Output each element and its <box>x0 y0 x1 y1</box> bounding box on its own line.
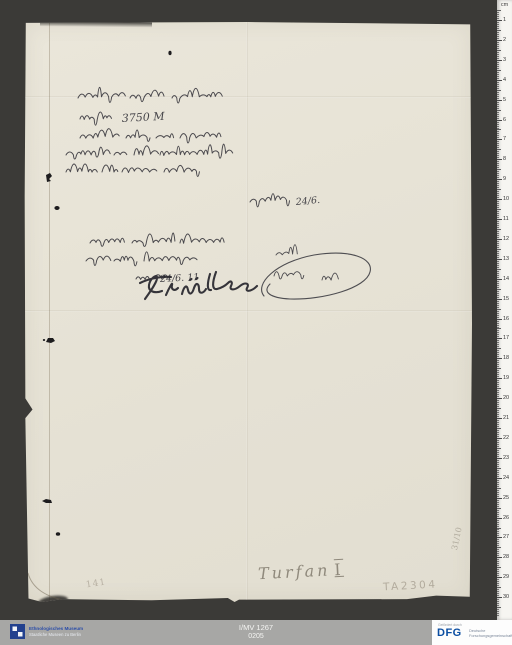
ruler-tick <box>497 90 501 91</box>
document-page: 3750 M 24/6. 24/6. 11 141 TurfanI TA2 <box>24 22 472 602</box>
ruler-tick <box>497 362 499 363</box>
ink-blot <box>42 499 52 503</box>
ruler-tick <box>497 36 499 37</box>
ruler-tick <box>497 315 499 316</box>
ruler-tick <box>497 549 499 550</box>
ruler-tick <box>497 506 499 507</box>
ruler-number: 10 <box>503 196 512 202</box>
ruler-tick <box>497 557 502 558</box>
ruler-number: 17 <box>503 335 512 341</box>
ruler-tick <box>497 213 499 214</box>
ink-blot <box>54 206 59 210</box>
ruler-tick <box>497 38 499 39</box>
ruler-tick <box>497 215 499 216</box>
ruler-tick <box>497 153 499 154</box>
ruler-number: 28 <box>503 554 512 560</box>
ruler-tick <box>497 126 499 127</box>
ruler-tick <box>497 388 501 389</box>
ruler-tick <box>497 494 499 495</box>
ruler-tick <box>497 478 502 479</box>
ruler-tick <box>497 424 499 425</box>
ruler-unit-label: cm <box>497 2 512 8</box>
ruler-number: 15 <box>503 296 512 302</box>
ruler-tick <box>497 583 499 584</box>
ruler-number: 20 <box>503 395 512 401</box>
ruler-tick <box>497 275 499 276</box>
ruler-tick <box>497 597 502 598</box>
ruler-tick <box>497 217 499 218</box>
handwritten-word <box>66 147 110 159</box>
ruler-tick <box>497 98 499 99</box>
ruler-tick <box>497 344 499 345</box>
scan-viewport: 3750 M 24/6. 24/6. 11 141 TurfanI TA2 <box>0 0 512 645</box>
ruler-tick <box>497 62 499 63</box>
ruler-tick <box>497 496 499 497</box>
ruler-tick <box>497 241 499 242</box>
handwritten-date-2: 24/6. 11 <box>159 272 200 285</box>
ruler-tick <box>497 313 499 314</box>
ruler-tick <box>497 488 501 489</box>
ruler-tick <box>497 547 501 548</box>
handwritten-word <box>80 112 112 125</box>
handwritten-word <box>90 238 124 246</box>
ruler-tick <box>497 253 499 254</box>
ruler-tick <box>497 106 499 107</box>
handwritten-amount: 3750 M <box>121 110 165 125</box>
ruler-tick <box>497 466 499 467</box>
ruler-tick <box>497 615 499 616</box>
ruler-tick <box>497 587 501 588</box>
ruler-tick <box>497 269 501 270</box>
ruler-tick <box>497 446 499 447</box>
ruler-tick <box>497 205 499 206</box>
ruler-number: 5 <box>503 97 512 103</box>
ruler-tick <box>497 336 499 337</box>
ruler-tick <box>497 605 499 606</box>
ruler-tick <box>497 502 499 503</box>
handwritten-date-1: 24/6. <box>294 195 320 208</box>
ruler-tick <box>497 267 499 268</box>
ruler-tick <box>497 603 499 604</box>
ruler-tick <box>497 183 499 184</box>
handwritten-word <box>134 146 159 155</box>
ruler-tick <box>497 414 499 415</box>
handwritten-word <box>164 165 199 176</box>
ruler-tick <box>497 128 499 129</box>
ruler-tick <box>497 398 502 399</box>
ruler-tick <box>497 34 499 35</box>
ruler-tick <box>497 233 499 234</box>
ruler-tick <box>497 601 499 602</box>
handwritten-word <box>132 233 175 246</box>
ruler-number: 29 <box>503 574 512 580</box>
ruler-tick <box>497 10 501 11</box>
ruler-tick <box>497 589 499 590</box>
ruler-tick <box>497 261 499 262</box>
ruler-tick <box>497 370 499 371</box>
ruler-tick <box>497 40 502 41</box>
ruler-tick <box>497 223 499 224</box>
handwritten-word <box>78 87 125 102</box>
ruler-tick <box>497 64 499 65</box>
ruler-number: 1 <box>503 17 512 23</box>
ruler-tick <box>497 151 499 152</box>
ruler-tick <box>497 189 501 190</box>
ruler-tick <box>497 528 501 529</box>
ruler-tick <box>497 462 499 463</box>
ruler-tick <box>497 211 499 212</box>
ruler-number: 30 <box>503 594 512 600</box>
ruler-tick <box>497 553 499 554</box>
ruler-tick <box>497 28 499 29</box>
ruler-tick <box>497 88 499 89</box>
ruler-number: 13 <box>503 256 512 262</box>
ruler-tick <box>497 420 499 421</box>
ruler-tick <box>497 225 499 226</box>
ruler-tick <box>497 334 499 335</box>
handwritten-word <box>130 90 164 101</box>
ruler-tick <box>497 161 499 162</box>
ruler-tick <box>497 380 499 381</box>
ruler-tick <box>497 207 499 208</box>
ruler-tick <box>497 20 502 21</box>
ruler-tick <box>497 400 499 401</box>
ruler-tick <box>497 332 499 333</box>
ruler-number: 2 <box>503 37 512 43</box>
handwritten-word <box>114 152 127 155</box>
ruler-tick <box>497 559 499 560</box>
ruler-tick <box>497 307 499 308</box>
ruler-tick <box>497 235 499 236</box>
ruler-tick <box>497 169 501 170</box>
ruler-tick <box>497 237 499 238</box>
ruler-tick <box>497 175 499 176</box>
handwritten-word <box>156 134 174 138</box>
ruler-tick <box>497 157 499 158</box>
ruler-tick <box>497 197 499 198</box>
ruler-tick <box>497 251 499 252</box>
ruler-tick <box>497 348 501 349</box>
ruler-tick <box>497 171 499 172</box>
ruler-tick <box>497 384 499 385</box>
ruler-tick <box>497 577 502 578</box>
ruler-tick <box>497 199 502 200</box>
ruler-tick <box>497 12 499 13</box>
ruler-tick <box>497 163 499 164</box>
ruler-tick <box>497 18 499 19</box>
dfg-org-name: Deutsche Forschungsgemeinschaft <box>469 629 512 638</box>
pencil-title-numeral: I <box>334 560 344 579</box>
ruler-number: 18 <box>503 355 512 361</box>
ruler-tick <box>497 255 499 256</box>
ruler-tick <box>497 360 499 361</box>
ruler-tick <box>497 30 501 31</box>
ruler-tick <box>497 291 499 292</box>
ruler-tick <box>497 147 499 148</box>
ruler-tick <box>497 179 502 180</box>
ruler-tick <box>497 408 501 409</box>
ruler-tick <box>497 50 501 51</box>
handwritten-word <box>66 164 97 172</box>
ruler-tick <box>497 390 499 391</box>
ruler-tick <box>497 141 499 142</box>
ink-blot <box>46 338 55 343</box>
ruler-number: 4 <box>503 77 512 83</box>
ink-blot <box>43 339 45 341</box>
ruler-tick <box>497 287 499 288</box>
ruler-tick <box>497 593 499 594</box>
ruler-tick <box>497 575 499 576</box>
ruler-tick <box>497 22 499 23</box>
ruler-tick <box>497 563 499 564</box>
ruler-tick <box>497 72 499 73</box>
ruler-tick <box>497 173 499 174</box>
ruler-tick <box>497 14 499 15</box>
ruler-tick <box>497 277 499 278</box>
ruler-tick <box>497 374 499 375</box>
ruler-tick <box>497 181 499 182</box>
ruler-tick <box>497 430 499 431</box>
ruler-tick <box>497 76 499 77</box>
ruler-tick <box>497 394 499 395</box>
ruler-tick <box>497 482 499 483</box>
ruler-tick <box>497 165 499 166</box>
page-curl-line <box>28 573 70 601</box>
handwritten-word <box>160 144 233 158</box>
ruler-tick <box>497 418 502 419</box>
ruler-number: 8 <box>503 156 512 162</box>
handwritten-word <box>180 133 221 143</box>
ruler-tick <box>497 567 501 568</box>
ruler-tick <box>497 249 501 250</box>
ruler-tick <box>497 293 499 294</box>
ruler-tick <box>497 122 499 123</box>
ruler-tick <box>497 438 502 439</box>
ruler-tick <box>497 464 499 465</box>
ruler-number: 19 <box>503 375 512 381</box>
ruler-tick <box>497 426 499 427</box>
handwritten-word <box>114 256 137 266</box>
ruler-tick <box>497 32 499 33</box>
ruler-tick <box>497 416 499 417</box>
ruler-tick <box>497 480 499 481</box>
ink-blot <box>46 173 52 182</box>
ruler-tick <box>497 460 499 461</box>
ruler-tick <box>497 133 499 134</box>
ruler-tick <box>497 56 499 57</box>
ruler-tick <box>497 239 502 240</box>
ruler-tick <box>497 444 499 445</box>
ruler-tick <box>497 54 499 55</box>
ruler-tick <box>497 352 499 353</box>
ruler-tick <box>497 510 499 511</box>
ruler: cm 1234567891011121314151617181920212223… <box>497 0 512 620</box>
ruler-tick <box>497 112 499 113</box>
ruler-tick <box>497 259 502 260</box>
ruler-tick <box>497 518 502 519</box>
ruler-tick <box>497 378 502 379</box>
ruler-tick <box>497 245 499 246</box>
ruler-tick <box>497 273 499 274</box>
ruler-tick <box>497 247 499 248</box>
ruler-number: 26 <box>503 515 512 521</box>
ruler-tick <box>497 508 501 509</box>
ruler-number: 16 <box>503 316 512 322</box>
ruler-tick <box>497 52 499 53</box>
ruler-tick <box>497 301 499 302</box>
ruler-tick <box>497 201 499 202</box>
ruler-tick <box>497 303 499 304</box>
ruler-tick <box>497 177 499 178</box>
pencil-title-word: Turfan <box>258 560 331 583</box>
ruler-tick <box>497 229 501 230</box>
ruler-tick <box>497 585 499 586</box>
ruler-tick <box>497 131 499 132</box>
ruler-tick <box>497 100 502 101</box>
ruler-tick <box>497 524 499 525</box>
ruler-tick <box>497 26 499 27</box>
ruler-number: 27 <box>503 534 512 540</box>
ruler-tick <box>497 271 499 272</box>
ruler-tick <box>497 573 499 574</box>
ruler-tick <box>497 539 499 540</box>
ruler-tick <box>497 279 502 280</box>
ruler-tick <box>497 129 501 130</box>
ruler-tick <box>497 599 499 600</box>
ruler-tick <box>497 227 499 228</box>
ruler-number: 11 <box>503 216 512 222</box>
ruler-tick <box>497 118 499 119</box>
ruler-tick <box>497 356 499 357</box>
ruler-tick <box>497 354 499 355</box>
dfg-funding-box: Gefördert durch DFG Deutsche Forschungsg… <box>432 620 512 645</box>
ruler-tick <box>497 325 499 326</box>
handwritten-word <box>126 130 150 141</box>
ruler-tick <box>497 289 501 290</box>
handwritten-word <box>276 245 297 255</box>
ruler-tick <box>497 595 499 596</box>
ruler-tick <box>497 504 499 505</box>
ruler-tick <box>497 193 499 194</box>
ruler-tick <box>497 537 502 538</box>
ruler-tick <box>497 498 502 499</box>
ruler-tick <box>497 561 499 562</box>
ruler-tick <box>497 110 501 111</box>
ruler-number: 25 <box>503 495 512 501</box>
ruler-tick <box>497 372 499 373</box>
ruler-tick <box>497 86 499 87</box>
handwritten-word <box>274 272 304 279</box>
ruler-number: 3 <box>503 57 512 63</box>
ruler-tick <box>497 484 499 485</box>
ruler-tick <box>497 342 499 343</box>
ruler-tick <box>497 68 499 69</box>
ruler-tick <box>497 412 499 413</box>
ruler-tick <box>497 456 499 457</box>
ruler-tick <box>497 24 499 25</box>
dfg-logo: DFG <box>437 627 462 639</box>
ruler-tick <box>497 402 499 403</box>
ruler-tick <box>497 137 499 138</box>
ruler-tick <box>497 392 499 393</box>
ruler-tick <box>497 309 501 310</box>
ruler-tick <box>497 120 502 121</box>
ruler-tick <box>497 78 499 79</box>
ruler-tick <box>497 404 499 405</box>
handwritten-word <box>122 168 157 173</box>
ruler-tick <box>497 143 499 144</box>
handwritten-word <box>102 165 118 172</box>
ruler-tick <box>497 327 499 328</box>
ruler-tick <box>497 243 499 244</box>
ruler-tick <box>497 454 499 455</box>
ruler-tick <box>497 529 499 530</box>
ruler-tick <box>497 340 499 341</box>
ruler-tick <box>497 295 499 296</box>
ruler-tick <box>497 382 499 383</box>
ruler-tick <box>497 545 499 546</box>
ruler-tick <box>497 526 499 527</box>
ruler-tick <box>497 124 499 125</box>
ruler-tick <box>497 448 501 449</box>
ruler-tick <box>497 486 499 487</box>
handwritten-word <box>80 129 119 139</box>
ruler-tick <box>497 565 499 566</box>
ruler-tick <box>497 195 499 196</box>
ruler-tick <box>497 60 502 61</box>
ruler-tick <box>497 66 499 67</box>
ruler-tick <box>497 328 501 329</box>
ruler-tick <box>497 364 499 365</box>
ruler-tick <box>497 607 501 608</box>
ruler-tick <box>497 531 499 532</box>
ruler-tick <box>497 263 499 264</box>
ruler-tick <box>497 135 499 136</box>
ruler-tick <box>497 410 499 411</box>
ruler-tick <box>497 219 502 220</box>
ruler-tick <box>497 514 499 515</box>
ruler-number: 14 <box>503 276 512 282</box>
ruler-tick <box>497 541 499 542</box>
ruler-tick <box>497 16 499 17</box>
handwritten-word <box>86 256 111 265</box>
ruler-tick <box>497 609 499 610</box>
ruler-tick <box>497 84 499 85</box>
ruler-tick <box>497 476 499 477</box>
footer-bar: Ethnologisches Museum Staatliche Museen … <box>0 620 512 645</box>
ruler-number: 22 <box>503 435 512 441</box>
ruler-tick <box>497 82 499 83</box>
ruler-tick <box>497 543 499 544</box>
ruler-tick <box>497 579 499 580</box>
ruler-tick <box>497 70 501 71</box>
ink-blot <box>56 532 60 536</box>
ruler-tick <box>497 442 499 443</box>
ruler-number: 7 <box>503 136 512 142</box>
ruler-tick <box>497 551 499 552</box>
ruler-tick <box>497 490 499 491</box>
ruler-tick <box>497 330 499 331</box>
ruler-tick <box>497 571 499 572</box>
handwritten-word <box>172 88 222 103</box>
ruler-tick <box>497 432 499 433</box>
ruler-tick <box>497 74 499 75</box>
ruler-tick <box>497 94 499 95</box>
ruler-tick <box>497 321 499 322</box>
ruler-tick <box>497 386 499 387</box>
ruler-tick <box>497 450 499 451</box>
ruler-tick <box>497 591 499 592</box>
